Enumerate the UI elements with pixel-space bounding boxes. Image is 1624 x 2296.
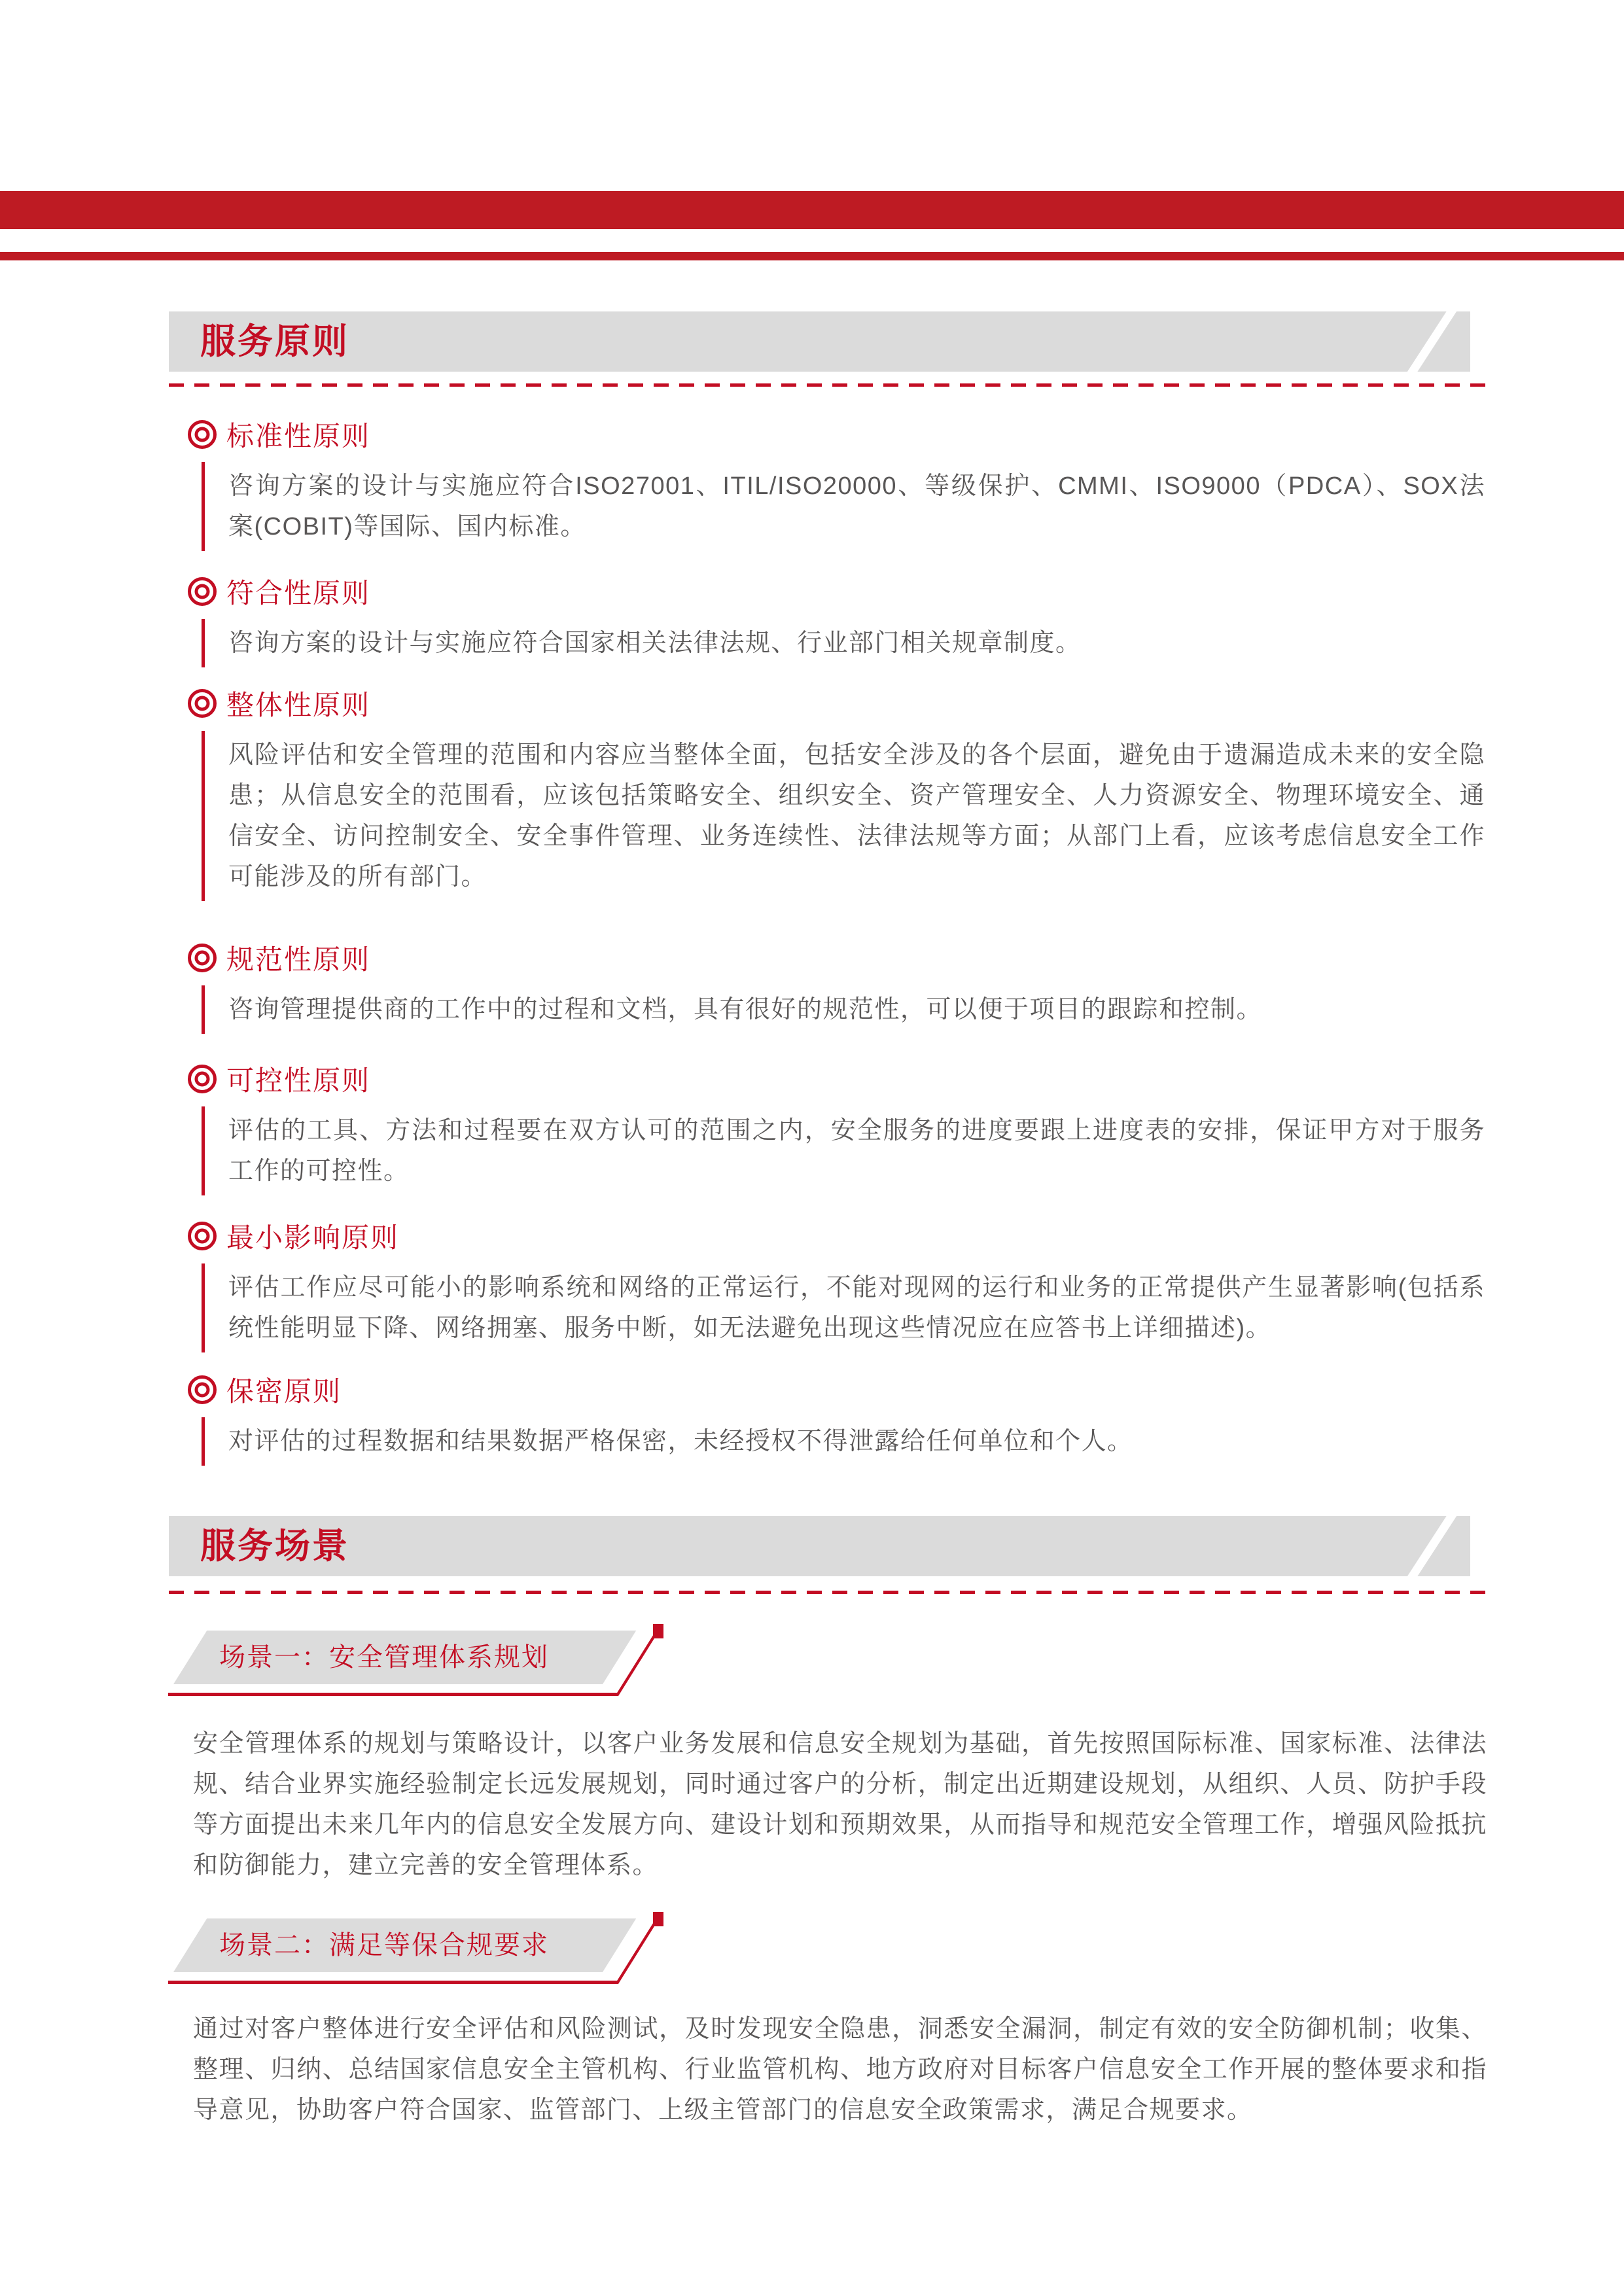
principle-item: 可控性原则 评估的工具、方法和过程要在双方认可的范围之内，安全服务的进度要跟上进… <box>187 1063 1488 1195</box>
principle-title: 可控性原则 <box>226 1059 370 1099</box>
target-icon <box>187 1064 217 1094</box>
section-band-scenarios: 服务场景 <box>169 1516 1470 1576</box>
target-icon <box>187 1375 217 1405</box>
principle-item: 标准性原则 咨询方案的设计与实施应符合ISO27001、ITIL/ISO2000… <box>187 419 1488 551</box>
principle-item: 最小影响原则 评估工作应尽可能小的影响系统和网络的正常运行，不能对现网的运行和业… <box>187 1220 1488 1352</box>
principle-item: 规范性原则 咨询管理提供商的工作中的过程和文档，具有很好的规范性，可以便于项目的… <box>187 942 1488 1034</box>
principle-body: 咨询方案的设计与实施应符合ISO27001、ITIL/ISO20000、等级保护… <box>202 462 1485 551</box>
principle-body: 评估的工具、方法和过程要在双方认可的范围之内，安全服务的进度要跟上进度表的安排，… <box>202 1106 1485 1195</box>
dashed-divider <box>169 383 1492 387</box>
principle-title: 符合性原则 <box>226 572 370 611</box>
scenario-label: 场景二：满足等保合规要求 <box>173 1918 603 1972</box>
principle-heading: 可控性原则 <box>187 1063 1488 1095</box>
top-bar-thin <box>0 252 1624 260</box>
target-icon <box>187 688 217 718</box>
principle-item: 符合性原则 咨询方案的设计与实施应符合国家相关法律法规、行业部门相关规章制度。 <box>187 576 1488 667</box>
scenario-label-text: 场景一：安全管理体系规划 <box>173 1631 603 1684</box>
principle-title: 整体性原则 <box>226 684 370 723</box>
principle-body: 评估工作应尽可能小的影响系统和网络的正常运行，不能对现网的运行和业务的正常提供产… <box>202 1263 1485 1352</box>
target-icon <box>187 1221 217 1251</box>
principle-title: 规范性原则 <box>226 938 370 978</box>
scenario-label-text: 场景二：满足等保合规要求 <box>173 1918 603 1972</box>
principle-item: 整体性原则 风险评估和安全管理的范围和内容应当整体全面，包括安全涉及的各个层面，… <box>187 688 1488 901</box>
scenario-paragraph: 安全管理体系的规划与策略设计，以客户业务发展和信息安全规划为基础，首先按照国际标… <box>193 1723 1487 1886</box>
principle-body: 风险评估和安全管理的范围和内容应当整体全面，包括安全涉及的各个层面，避免由于遗漏… <box>202 731 1485 901</box>
scenario-underline <box>168 1981 618 1984</box>
dashed-divider <box>169 1591 1492 1594</box>
scenario-paragraph: 通过对客户整体进行安全评估和风险测试，及时发现安全隐患，洞悉安全漏洞，制定有效的… <box>193 2009 1487 2130</box>
principle-heading: 整体性原则 <box>187 688 1488 719</box>
principle-body: 对评估的过程数据和结果数据严格保密，未经授权不得泄露给任何单位和个人。 <box>202 1417 1485 1466</box>
top-bar-thick <box>0 191 1624 229</box>
principle-item: 保密原则 对评估的过程数据和结果数据严格保密，未经授权不得泄露给任何单位和个人。 <box>187 1374 1488 1466</box>
principle-heading: 规范性原则 <box>187 942 1488 974</box>
scenario-square-decoration <box>653 1624 663 1638</box>
principle-title: 最小影响原则 <box>226 1216 399 1256</box>
target-icon <box>187 576 217 607</box>
section-band-principles: 服务原则 <box>169 311 1470 372</box>
scenario-square-decoration <box>653 1912 663 1926</box>
principle-body: 咨询管理提供商的工作中的过程和文档，具有很好的规范性，可以便于项目的跟踪和控制。 <box>202 985 1485 1034</box>
principle-heading: 标准性原则 <box>187 419 1488 450</box>
principle-heading: 最小影响原则 <box>187 1220 1488 1252</box>
principle-heading: 保密原则 <box>187 1374 1488 1405</box>
principle-body: 咨询方案的设计与实施应符合国家相关法律法规、行业部门相关规章制度。 <box>202 619 1485 667</box>
principle-title: 标准性原则 <box>226 415 370 454</box>
section-title-scenarios: 服务场景 <box>169 1516 1470 1576</box>
scenario-underline <box>168 1693 618 1696</box>
section-title-principles: 服务原则 <box>169 311 1470 372</box>
target-icon <box>187 943 217 973</box>
principle-heading: 符合性原则 <box>187 576 1488 607</box>
principle-title: 保密原则 <box>226 1370 342 1409</box>
target-icon <box>187 419 217 450</box>
scenario-label: 场景一：安全管理体系规划 <box>173 1631 603 1684</box>
